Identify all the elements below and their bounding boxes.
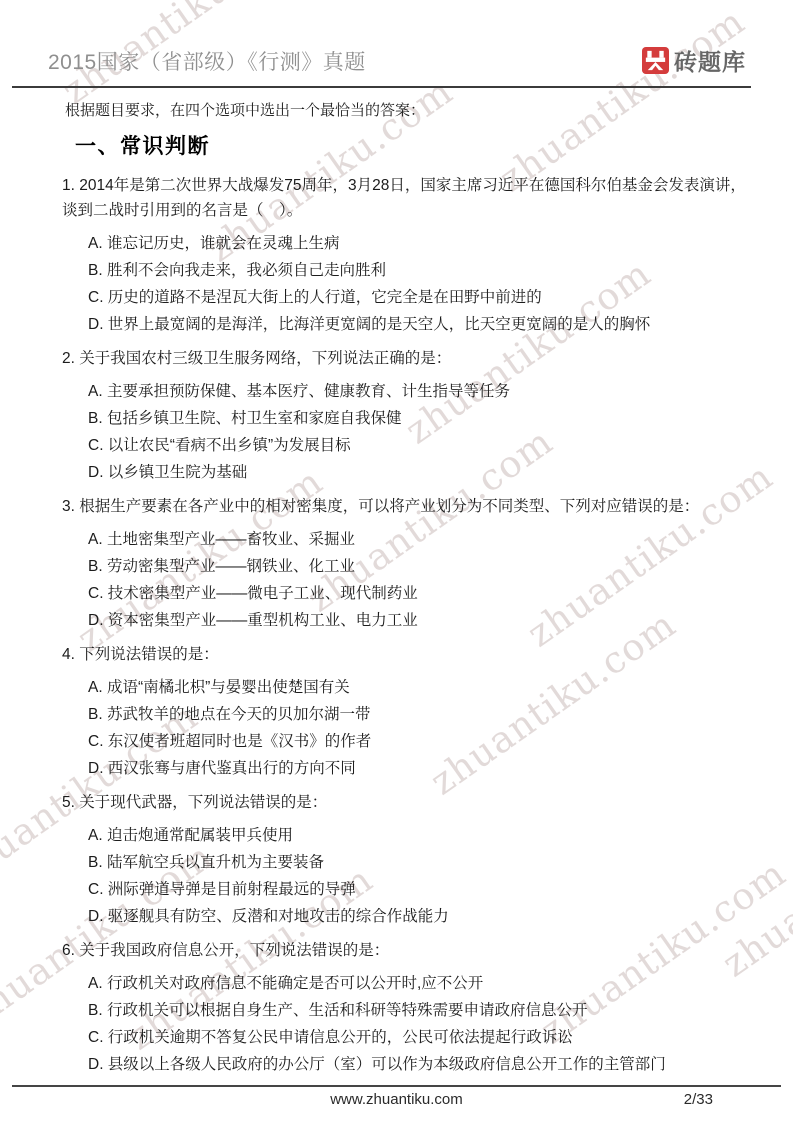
option-item-a: A. 土地密集型产业——畜牧业、采掘业 (88, 526, 752, 553)
question-block-2: 2. 关于我国农村三级卫生服务网络，下列说法正确的是： A. 主要承担预防保健、… (62, 346, 752, 486)
page-number: 2/33 (684, 1091, 713, 1108)
option-item-b: B. 劳动密集型产业——钢铁业、化工业 (88, 553, 752, 580)
option-item-c: C. 历史的道路不是涅瓦大街上的人行道，它完全是在田野中前进的 (88, 284, 752, 311)
question-text: 3. 根据生产要素在各产业中的相对密集度，可以将产业划分为不同类型、下列对应错误… (62, 494, 752, 519)
option-item-b: B. 苏武牧羊的地点在今天的贝加尔湖一带 (88, 701, 752, 728)
options-list: A. 成语“南橘北枳”与晏婴出使楚国有关 B. 苏武牧羊的地点在今天的贝加尔湖一… (62, 674, 752, 782)
option-item-d: D. 西汉张骞与唐代鉴真出行的方向不同 (88, 755, 752, 782)
brand-name: 砖题库 (674, 44, 746, 77)
question-block-1: 1. 2014年是第二次世界大战爆发75周年，3月28日，国家主席习近平在德国科… (62, 173, 752, 338)
options-list: A. 迫击炮通常配属装甲兵使用 B. 陆军航空兵以直升机为主要装备 C. 洲际弹… (62, 822, 752, 930)
question-text: 5. 关于现代武器，下列说法错误的是： (62, 790, 752, 815)
question-block-5: 5. 关于现代武器，下列说法错误的是： A. 迫击炮通常配属装甲兵使用 B. 陆… (62, 790, 752, 930)
option-item-c: C. 洲际弹道导弹是目前射程最远的导弹 (88, 876, 752, 903)
question-text: 2. 关于我国农村三级卫生服务网络，下列说法正确的是： (62, 346, 752, 371)
question-text: 4. 下列说法错误的是： (62, 642, 752, 667)
options-list: A. 谁忘记历史，谁就会在灵魂上生病 B. 胜利不会向我走来，我必须自己走向胜利… (62, 230, 752, 338)
header-divider (12, 86, 751, 88)
option-item-b: B. 胜利不会向我走来，我必须自己走向胜利 (88, 257, 752, 284)
option-item-a: A. 行政机关对政府信息不能确定是否可以公开时,应不公开 (88, 970, 752, 997)
question-text: 6. 关于我国政府信息公开，下列说法错误的是： (62, 938, 752, 963)
zhuantiku-logo-icon (642, 47, 669, 74)
intro-text: 根据题目要求，在四个选项中选出一个最恰当的答案： (65, 100, 752, 121)
option-item-c: C. 以让农民“看病不出乡镇”为发展目标 (88, 432, 752, 459)
option-item-a: A. 主要承担预防保健、基本医疗、健康教育、计生指导等任务 (88, 378, 752, 405)
option-item-b: B. 行政机关可以根据自身生产、生活和科研等特殊需要申请政府信息公开 (88, 997, 752, 1024)
option-item-b: B. 陆军航空兵以直升机为主要装备 (88, 849, 752, 876)
option-item-a: A. 谁忘记历史，谁就会在灵魂上生病 (88, 230, 752, 257)
option-item-d: D. 资本密集型产业——重型机构工业、电力工业 (88, 607, 752, 634)
section-heading: 一、常识判断 (75, 132, 752, 162)
option-item-d: D. 世界上最宽阔的是海洋，比海洋更宽阔的是天空人，比天空更宽阔的是人的胸怀 (88, 311, 752, 338)
option-item-b: B. 包括乡镇卫生院、村卫生室和家庭自我保健 (88, 405, 752, 432)
options-list: A. 行政机关对政府信息不能确定是否可以公开时,应不公开 B. 行政机关可以根据… (62, 970, 752, 1078)
question-block-6: 6. 关于我国政府信息公开，下列说法错误的是： A. 行政机关对政府信息不能确定… (62, 938, 752, 1078)
options-list: A. 土地密集型产业——畜牧业、采掘业 B. 劳动密集型产业——钢铁业、化工业 … (62, 526, 752, 634)
page-title: 2015国家（省部级）《行测》真题 (48, 46, 366, 76)
brand-logo: 砖题库 (642, 44, 746, 77)
footer-divider (12, 1085, 781, 1087)
option-item-a: A. 迫击炮通常配属装甲兵使用 (88, 822, 752, 849)
option-item-d: D. 以乡镇卫生院为基础 (88, 459, 752, 486)
question-block-3: 3. 根据生产要素在各产业中的相对密集度，可以将产业划分为不同类型、下列对应错误… (62, 494, 752, 634)
option-item-c: C. 行政机关逾期不答复公民申请信息公开的，公民可依法提起行政诉讼 (88, 1024, 752, 1051)
exam-content: 根据题目要求，在四个选项中选出一个最恰当的答案： 一、常识判断 1. 2014年… (62, 100, 752, 1078)
option-item-d: D. 县级以上各级人民政府的办公厅（室）可以作为本级政府信息公开工作的主管部门 (88, 1051, 752, 1078)
question-block-4: 4. 下列说法错误的是： A. 成语“南橘北枳”与晏婴出使楚国有关 B. 苏武牧… (62, 642, 752, 782)
option-item-c: C. 技术密集型产业——微电子工业、现代制药业 (88, 580, 752, 607)
option-item-a: A. 成语“南橘北枳”与晏婴出使楚国有关 (88, 674, 752, 701)
option-item-d: D. 驱逐舰具有防空、反潜和对地攻击的综合作战能力 (88, 903, 752, 930)
footer-url: www.zhuantiku.com (0, 1091, 793, 1108)
question-text: 1. 2014年是第二次世界大战爆发75周年，3月28日，国家主席习近平在德国科… (62, 173, 752, 223)
options-list: A. 主要承担预防保健、基本医疗、健康教育、计生指导等任务 B. 包括乡镇卫生院… (62, 378, 752, 486)
option-item-c: C. 东汉使者班超同时也是《汉书》的作者 (88, 728, 752, 755)
exam-page: 2015国家（省部级）《行测》真题 砖题库 根据题目要求，在四个选项中选出一个最… (0, 0, 793, 1122)
